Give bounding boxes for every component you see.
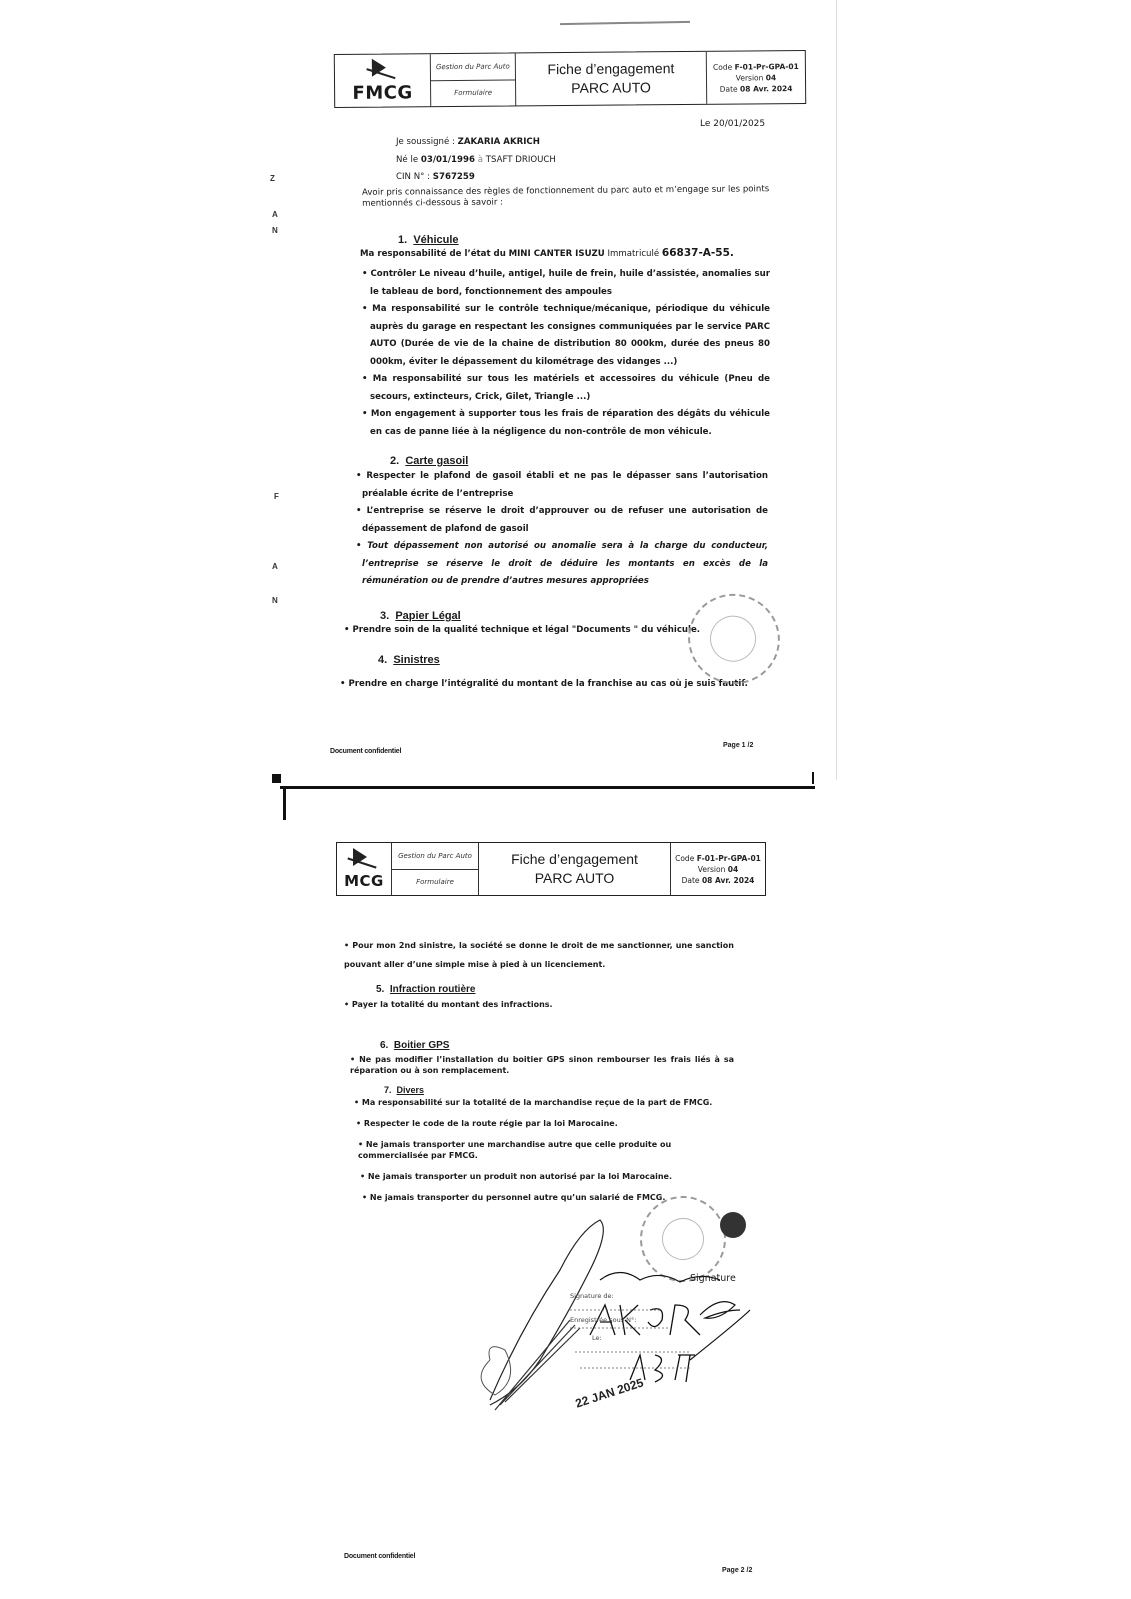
stamp-fields: Signature de: Enregistrée sous N°: Le:	[570, 1290, 636, 1344]
title-line-2: PARC AUTO	[535, 869, 615, 888]
list-item: Payer la totalité du montant des infract…	[344, 996, 553, 1014]
lead-mid: Immatriculé	[608, 249, 660, 259]
birth-line: Né le 03/01/1996 à TSAFT DRIOUCH	[396, 152, 556, 170]
code-value: F-01-Pr-GPA-01	[697, 854, 761, 863]
margin-fragment: Z	[270, 174, 275, 183]
soussigne-line: Je soussigné : ZAKARIA AKRICH	[396, 134, 556, 152]
stamp-inner-ring	[704, 609, 763, 668]
list-item: Respecter le code de la route régie par …	[354, 1118, 736, 1129]
section-7-title: 7. Divers	[384, 1085, 424, 1095]
section-heading: Boitier GPS	[394, 1040, 450, 1051]
list-item: Mon engagement à supporter tous les frai…	[356, 406, 770, 441]
page-separator	[283, 786, 286, 820]
form-type-label: Formulaire	[392, 870, 478, 896]
section-5-title: 5. Infraction routière	[376, 984, 475, 995]
section-7-list: Ma responsabilité sur la totalité de la …	[354, 1097, 736, 1203]
title-line-1: Fiche d’engagement	[511, 850, 638, 869]
list-item: Ma responsabilité sur le contrôle techni…	[356, 301, 770, 371]
list-item: Pour mon 2nd sinistre, la société se don…	[344, 936, 734, 974]
section-6-list: Ne pas modifier l’installation du boitie…	[350, 1054, 734, 1076]
list-item: Ne pas modifier l’installation du boitie…	[350, 1054, 734, 1076]
company-logo: FMCG	[335, 54, 431, 107]
margin-fragment: A	[272, 562, 278, 571]
date-value: 08 Avr. 2024	[702, 876, 754, 885]
page2-header: MCG Gestion du Parc Auto Formulaire Fich…	[336, 842, 766, 896]
version-label: Version	[736, 73, 764, 82]
code-label: Code	[675, 854, 694, 863]
birth-place: TSAFT DRIOUCH	[486, 155, 556, 165]
list-item: Respecter le plafond de gasoil établi et…	[354, 468, 768, 503]
employee-name: ZAKARIA AKRICH	[458, 137, 540, 147]
version-value: 04	[728, 865, 738, 874]
vehicle-plate: 66837-A-55.	[662, 247, 734, 259]
identity-block: Je soussigné : ZAKARIA AKRICH Né le 03/0…	[396, 134, 556, 187]
stamp-field: Enregistrée sous N°:	[570, 1314, 636, 1326]
section-number: 2.	[390, 455, 399, 467]
scan-marker	[812, 772, 814, 784]
footer-confidential: Document confidentiel	[330, 748, 401, 755]
document-date: Le 20/01/2025	[700, 116, 765, 134]
section-2-list: Respecter le plafond de gasoil établi et…	[354, 468, 768, 591]
birth-date: 03/01/1996	[421, 155, 475, 165]
stamp-field: Le:	[570, 1332, 636, 1344]
version-value: 04	[766, 73, 777, 82]
brand-name: MCG	[344, 872, 384, 890]
footer-page-number: Page 1 /2	[723, 742, 753, 749]
footer-confidential: Document confidentiel	[344, 1553, 415, 1560]
list-item: Ma responsabilité sur la totalité de la …	[354, 1097, 736, 1108]
list-item: Contrôler Le niveau d’huile, antigel, hu…	[356, 266, 770, 301]
margin-fragment: F	[274, 492, 279, 501]
page1-header: FMCG Gestion du Parc Auto Formulaire Fic…	[334, 50, 806, 108]
vehicle-lead: Ma responsabilité de l’état du MINI CANT…	[360, 245, 734, 264]
section-heading: Carte gasoil	[405, 455, 468, 467]
list-item: L’entreprise se réserve le droit d’appro…	[354, 503, 768, 538]
soussigne-label: Je soussigné :	[396, 137, 455, 147]
date-value: 08 Avr. 2024	[740, 84, 793, 93]
section-number: 5.	[376, 984, 384, 995]
date-label: Date	[720, 84, 738, 93]
code-value: F-01-Pr-GPA-01	[735, 62, 799, 72]
cin-value: S767259	[433, 172, 475, 182]
list-item: Ne jamais transporter une marchandise au…	[354, 1139, 736, 1161]
header-meta: Gestion du Parc Auto Formulaire	[431, 53, 516, 106]
section-6-title: 6. Boitier GPS	[380, 1040, 449, 1051]
document-title: Fiche d’engagement PARC AUTO	[479, 843, 671, 895]
margin-fragment: A	[272, 210, 278, 219]
vehicle-model: MINI CANTER ISUZU	[509, 249, 605, 259]
list-item: Prendre en charge l’intégralité du monta…	[340, 676, 748, 694]
scan-marker	[272, 774, 281, 783]
section-heading: Sinistres	[393, 654, 439, 666]
cin-line: CIN N° : S767259	[396, 169, 556, 187]
page-edge	[836, 0, 837, 780]
list-item: Ne jamais transporter un produit non aut…	[354, 1171, 736, 1182]
page-separator	[280, 786, 815, 789]
cin-label: CIN N° :	[396, 172, 430, 182]
title-line-1: Fiche d’engagement	[547, 59, 674, 79]
section-2-title: 2. Carte gasoil	[390, 455, 468, 467]
document-title: Fiche d’engagement PARC AUTO	[516, 52, 707, 106]
fmcg-logo-icon	[365, 58, 399, 82]
title-line-2: PARC AUTO	[571, 78, 651, 98]
document-code-block: Code F-01-Pr-GPA-01 Version 04 Date 08 A…	[707, 51, 805, 104]
department-label: Gestion du Parc Auto	[431, 53, 515, 80]
signature-label: Signature	[690, 1270, 736, 1288]
section-4-title: 4. Sinistres	[378, 654, 440, 666]
scan-artifact-line	[560, 21, 690, 25]
section-heading: Divers	[397, 1085, 425, 1095]
section-number: 6.	[380, 1040, 388, 1051]
section-heading: Infraction routière	[390, 984, 476, 995]
form-type-label: Formulaire	[431, 80, 515, 106]
section-4-list: Prendre en charge l’intégralité du monta…	[340, 676, 748, 694]
document-code-block: Code F-01-Pr-GPA-01 Version 04 Date 08 A…	[671, 843, 765, 895]
company-logo: MCG	[337, 843, 392, 895]
version-label: Version	[698, 865, 726, 874]
born-at: à	[478, 155, 483, 165]
code-label: Code	[713, 62, 732, 71]
department-label: Gestion du Parc Auto	[392, 843, 478, 870]
section-number: 7.	[384, 1085, 392, 1095]
sinistre-continuation: Pour mon 2nd sinistre, la société se don…	[344, 936, 734, 974]
margin-fragment: N	[272, 226, 278, 235]
footer-page-number: Page 2 /2	[722, 1567, 752, 1574]
fmcg-logo-icon	[347, 848, 381, 872]
section-3-title: 3. Papier Légal	[380, 610, 461, 622]
lead-prefix: Ma responsabilité de l’état du	[360, 249, 506, 259]
list-item: Tout dépassement non autorisé ou anomali…	[354, 538, 768, 591]
section-5-list: Payer la totalité du montant des infract…	[344, 996, 553, 1014]
intro-paragraph: Avoir pris connaissance des règles de fo…	[362, 184, 772, 210]
header-meta: Gestion du Parc Auto Formulaire	[392, 843, 479, 895]
list-item: Ma responsabilité sur tous les matériels…	[356, 371, 770, 406]
section-heading: Papier Légal	[395, 610, 460, 622]
section-number: 4.	[378, 654, 387, 666]
list-item: Prendre soin de la qualité technique et …	[344, 622, 700, 640]
section-number: 3.	[380, 610, 389, 622]
brand-name: FMCG	[352, 82, 412, 104]
section-1-list: Contrôler Le niveau d’huile, antigel, hu…	[356, 266, 770, 441]
date-label: Date	[682, 876, 700, 885]
born-label: Né le	[396, 155, 418, 165]
margin-fragment: N	[272, 596, 278, 605]
stamp-field: Signature de:	[570, 1290, 636, 1302]
section-3-list: Prendre soin de la qualité technique et …	[344, 622, 700, 640]
